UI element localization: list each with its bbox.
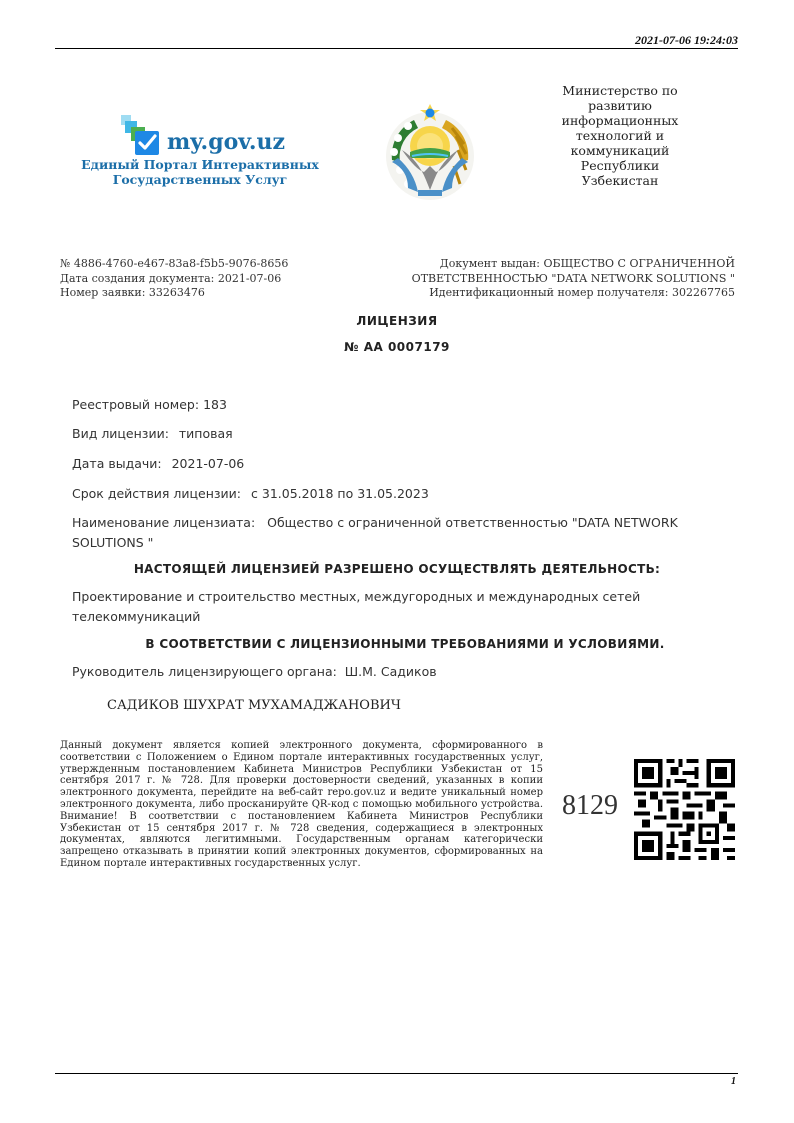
- document-meta: № 4886-4760-e467-83a8-f5b5-9076-8656 Дат…: [60, 257, 288, 301]
- ministry-line: Министерство по: [555, 83, 685, 98]
- document-created-date: Дата создания документа: 2021-07-06: [60, 272, 288, 287]
- recipient-id: Идентификационный номер получателя: 3022…: [412, 286, 735, 301]
- ministry-line: технологий и: [555, 128, 685, 143]
- ministry-name: Министерство по развитию информационных …: [555, 83, 685, 188]
- activity-description: Проектирование и строительство местных, …: [72, 587, 662, 627]
- page-number: 1: [731, 1076, 736, 1087]
- footer-divider: [55, 1073, 738, 1074]
- field-label: Срок действия лицензии:: [72, 486, 241, 501]
- state-emblem-icon: [378, 100, 482, 204]
- license-type-field: Вид лицензии: типовая: [72, 426, 233, 441]
- issued-to-line2: ОТВЕТСТВЕННОСТЬЮ "DATA NETWORK SOLUTIONS…: [412, 272, 735, 287]
- field-label: Дата выдачи:: [72, 456, 162, 471]
- conditions-heading: В СООТВЕТСТВИИ С ЛИЦЕНЗИОННЫМИ ТРЕБОВАНИ…: [80, 637, 730, 651]
- ministry-line: развитию: [555, 98, 685, 113]
- portal-domain: my.gov.uz: [167, 129, 285, 155]
- field-label: Руководитель лицензирующего органа:: [72, 664, 337, 679]
- ministry-line: коммуникаций: [555, 143, 685, 158]
- checkbox-squares-icon: [121, 115, 161, 157]
- ministry-line: Узбекистан: [555, 173, 685, 188]
- authority-head-field: Руководитель лицензирующего органа: Ш.М.…: [72, 664, 437, 679]
- license-number: № AA 0007179: [0, 340, 794, 354]
- portal-name-line1: Единый Портал Интерактивных: [75, 157, 325, 172]
- legal-disclaimer: Данный документ является копией электрон…: [60, 740, 543, 870]
- field-value: 183: [203, 397, 227, 412]
- field-label: Реестровый номер:: [72, 397, 199, 412]
- license-title: ЛИЦЕНЗИЯ: [0, 314, 794, 328]
- qr-code-icon[interactable]: [634, 759, 735, 860]
- recipient-meta: Документ выдан: ОБЩЕСТВО С ОГРАНИЧЕННОЙ …: [412, 257, 735, 301]
- signer-name: САДИКОВ ШУХРАТ МУХАМАДЖАНОВИЧ: [107, 698, 401, 713]
- request-number: Номер заявки: 33263476: [60, 286, 288, 301]
- field-value: с 31.05.2018 по 31.05.2023: [251, 486, 429, 501]
- field-value: Ш.М. Садиков: [345, 664, 437, 679]
- licensee-field: Наименование лицензиата: Общество с огра…: [72, 513, 697, 553]
- validity-field: Срок действия лицензии: с 31.05.2018 по …: [72, 486, 429, 501]
- field-value: типовая: [179, 426, 233, 441]
- ministry-line: Республики: [555, 158, 685, 173]
- activity-heading: НАСТОЯЩЕЙ ЛИЦЕНЗИЕЙ РАЗРЕШЕНО ОСУЩЕСТВЛЯ…: [72, 562, 722, 576]
- issued-to-line1: Документ выдан: ОБЩЕСТВО С ОГРАНИЧЕННОЙ: [412, 257, 735, 272]
- portal-logo: my.gov.uz Единый Портал Интерактивных Го…: [75, 115, 325, 190]
- field-value: 2021-07-06: [172, 456, 245, 471]
- registry-number-field: Реестровый номер: 183: [72, 397, 227, 412]
- field-label: Вид лицензии:: [72, 426, 169, 441]
- portal-name-line2: Государственных Услуг: [75, 172, 325, 187]
- ministry-line: информационных: [555, 113, 685, 128]
- header-divider: [55, 48, 738, 49]
- print-timestamp: 2021-07-06 19:24:03: [635, 33, 738, 48]
- document-number: № 4886-4760-e467-83a8-f5b5-9076-8656: [60, 257, 288, 272]
- field-label: Наименование лицензиата:: [72, 515, 255, 530]
- verification-code: 8129: [562, 790, 618, 822]
- issue-date-field: Дата выдачи: 2021-07-06: [72, 456, 244, 471]
